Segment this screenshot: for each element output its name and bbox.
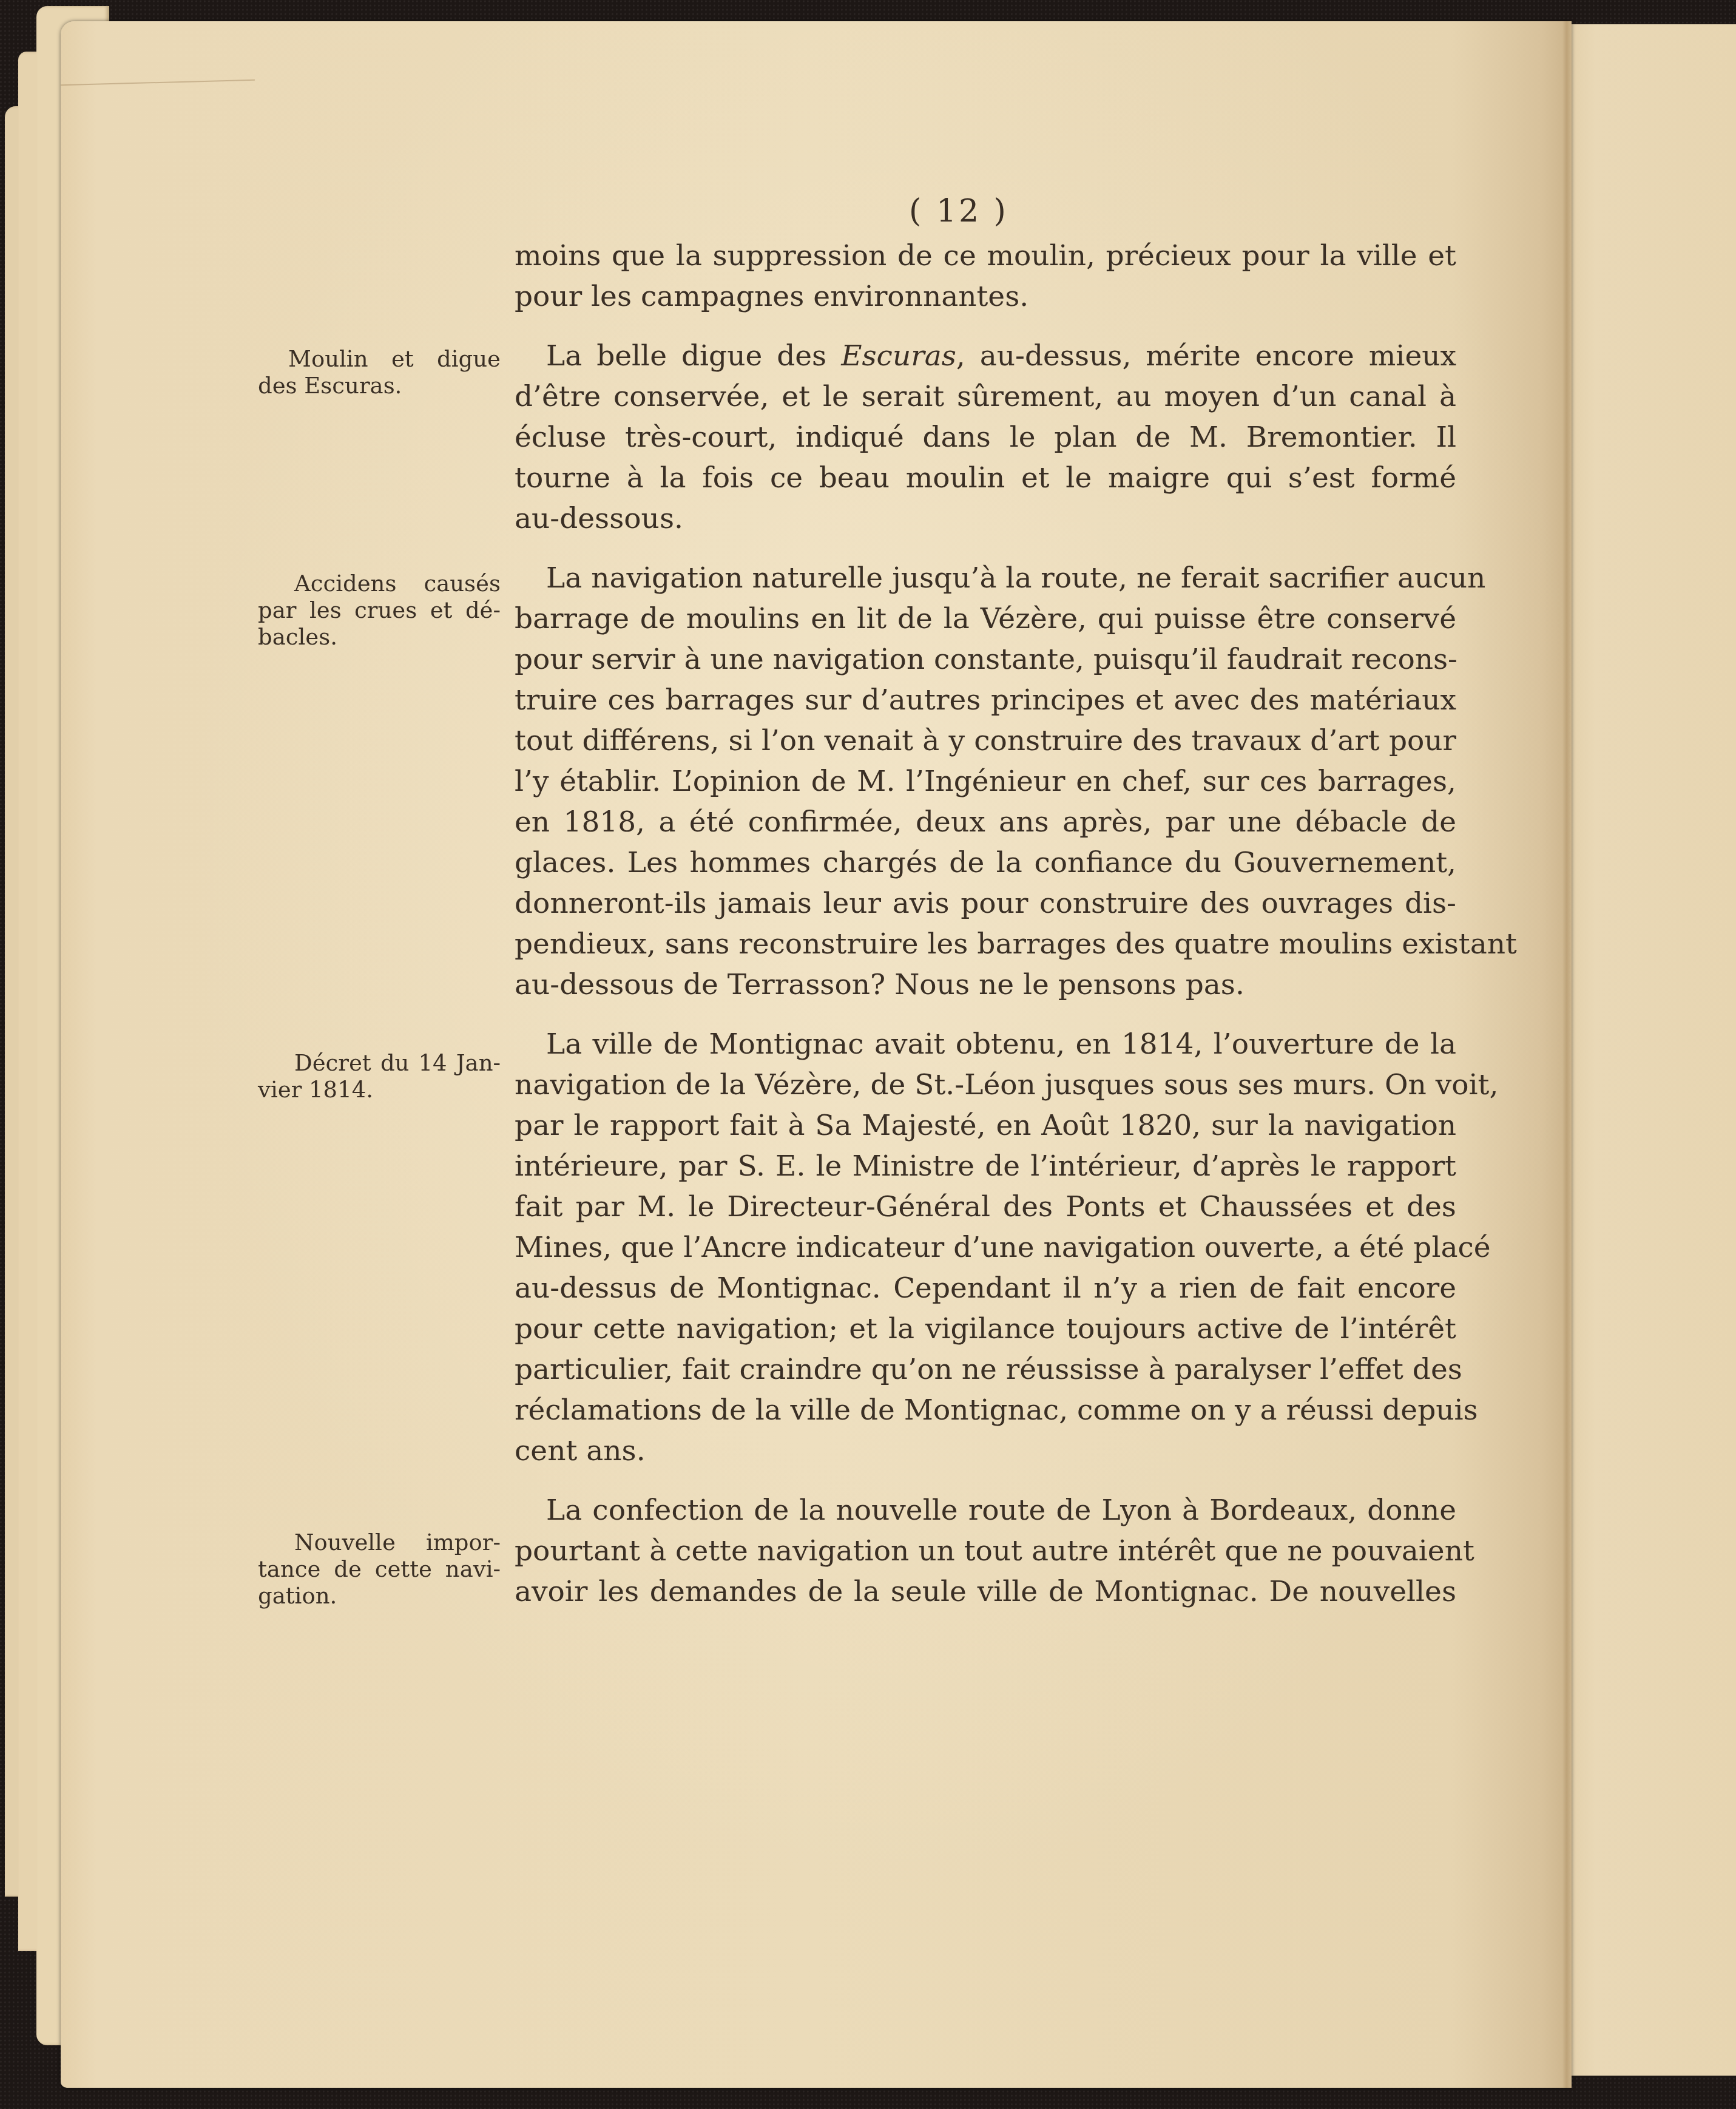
- margin-note-line: vier 1814.: [258, 1077, 501, 1103]
- text-line: La ville de Montignac avait obtenu, en 1…: [515, 1024, 1456, 1065]
- margin-note: Moulin et digue des Escuras.: [258, 346, 501, 399]
- text-line: avoir les demandes de la seule ville de …: [515, 1571, 1456, 1612]
- text-line: pour servir à une navigation constante, …: [515, 639, 1456, 680]
- text-line: au-dessous.: [515, 498, 1456, 539]
- text-line: cent ans.: [515, 1430, 1456, 1471]
- paragraph: La belle digue des Escuras, au-dessus, m…: [515, 336, 1456, 539]
- text-line: tout différens, si l’on venait à y const…: [515, 720, 1456, 761]
- page-fold: [1562, 21, 1571, 2088]
- adjacent-page-strip: [1553, 24, 1736, 2076]
- margin-note-line: Nouvelle impor-: [258, 1529, 501, 1556]
- text-line: au-dessus de Montignac. Cependant il n’y…: [515, 1268, 1456, 1308]
- text-line: pendieux, sans reconstruire les barrages…: [515, 924, 1456, 964]
- text-line: donneront-ils jamais leur avis pour cons…: [515, 883, 1456, 924]
- text-line: La navigation naturelle jusqu’à la route…: [515, 558, 1456, 598]
- text-line: pour les campagnes environnantes.: [515, 276, 1456, 317]
- text-line: au-dessous de Terrasson? Nous ne le pens…: [515, 964, 1456, 1005]
- margin-note-line: gation.: [258, 1583, 501, 1610]
- paragraph: La confection de la nouvelle route de Ly…: [515, 1490, 1456, 1612]
- text-line: pourtant à cette navigation un tout autr…: [515, 1531, 1456, 1571]
- margin-note-line: des Escuras.: [258, 373, 501, 399]
- text-line: particulier, fait craindre qu’on ne réus…: [515, 1349, 1456, 1390]
- text-line: barrage de moulins en lit de la Vézère, …: [515, 598, 1456, 639]
- margin-note-line: bacles.: [258, 624, 501, 651]
- paragraph: La ville de Montignac avait obtenu, en 1…: [515, 1024, 1456, 1471]
- text-line: truire ces barrages sur d’autres princip…: [515, 680, 1456, 720]
- margin-note-line: Moulin et digue: [258, 346, 501, 373]
- text-line: tourne à la fois ce beau moulin et le ma…: [515, 458, 1456, 498]
- margin-note: Nouvelle impor- tance de cette navi- gat…: [258, 1529, 501, 1610]
- paragraph: moins que la suppression de ce moulin, p…: [515, 235, 1456, 317]
- text-run: La belle digue des: [546, 339, 841, 373]
- text-line: La confection de la nouvelle route de Ly…: [515, 1490, 1456, 1531]
- paragraph: La navigation naturelle jusqu’à la route…: [515, 558, 1456, 1005]
- text-line: l’y établir. L’opinion de M. l’Ingénieur…: [515, 761, 1456, 802]
- body-text: moins que la suppression de ce moulin, p…: [515, 235, 1456, 1612]
- margin-note: Accidens causés par les crues et dé- bac…: [258, 570, 501, 651]
- text-line: pour cette navigation; et la vigilance t…: [515, 1308, 1456, 1349]
- text-line: navigation de la Vézère, de St.-Léon jus…: [515, 1065, 1456, 1105]
- text-line: écluse très-court, indiqué dans le plan …: [515, 417, 1456, 458]
- text-line: d’être conservée, et le serait sûrement,…: [515, 376, 1456, 417]
- margin-note-line: Accidens causés: [258, 570, 501, 597]
- text-run: , au-dessus, mérite encore mieux: [956, 339, 1456, 373]
- text-line: glaces. Les hommes chargés de la confian…: [515, 842, 1456, 883]
- text-line: Mines, que l’Ancre indicateur d’une navi…: [515, 1227, 1456, 1268]
- italic-place-name: Escuras: [841, 339, 956, 373]
- text-line: par le rapport fait à Sa Majesté, en Aoû…: [515, 1105, 1456, 1146]
- page-number: ( 12 ): [904, 193, 1013, 229]
- text-line: moins que la suppression de ce moulin, p…: [515, 235, 1456, 276]
- text-line: en 1818, a été confirmée, deux ans après…: [515, 802, 1456, 842]
- text-line: réclamations de la ville de Montignac, c…: [515, 1390, 1456, 1430]
- margin-note-line: par les crues et dé-: [258, 597, 501, 624]
- margin-note: Décret du 14 Jan- vier 1814.: [258, 1050, 501, 1103]
- margin-note-line: Décret du 14 Jan-: [258, 1050, 501, 1077]
- text-line: intérieure, par S. E. le Ministre de l’i…: [515, 1146, 1456, 1187]
- paper-crease: [61, 80, 255, 86]
- text-line: La belle digue des Escuras, au-dessus, m…: [515, 336, 1456, 376]
- text-line: fait par M. le Directeur-Général des Pon…: [515, 1187, 1456, 1227]
- margin-note-line: tance de cette navi-: [258, 1556, 501, 1583]
